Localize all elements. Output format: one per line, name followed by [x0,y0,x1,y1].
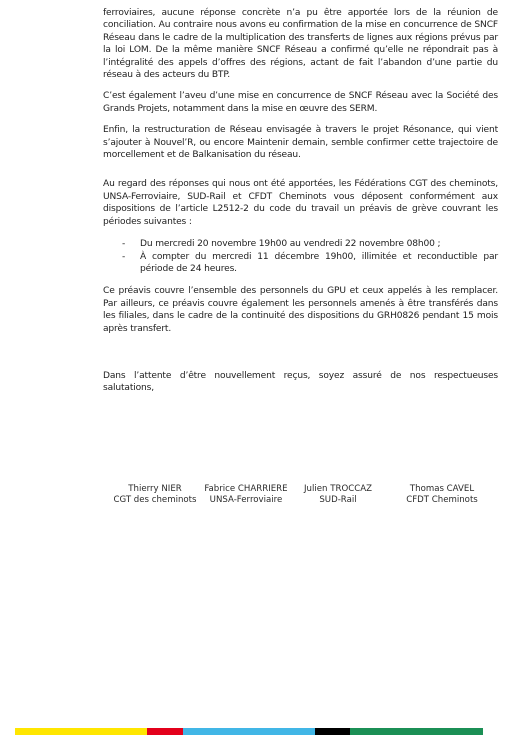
paragraph-societe-grands-projets: C’est également l’aveu d’une mise en con… [103,90,498,115]
signatory-name: Julien TROCCAZ [292,484,384,495]
color-bar-segment-yellow [15,728,147,735]
signatory-name: Thierry NIER [110,484,200,495]
letter-body: ferroviaires, aucune réponse concrète n’… [103,7,498,395]
signatory-organization: UNSA-Ferroviaire [200,495,292,506]
strike-period-text: Du mercredi 20 novembre 19h00 au vendred… [140,239,440,249]
signature-block: Thierry NIER CGT des cheminots Fabrice C… [110,484,500,507]
strike-period-item: - À compter du mercredi 11 décembre 19h0… [103,251,498,276]
paragraph-coverage: Ce préavis couvre l’ensemble des personn… [103,285,498,335]
signatory-name: Fabrice CHARRIERE [200,484,292,495]
paragraph-concurrence-reseau: ferroviaires, aucune réponse concrète n’… [103,7,498,81]
signatory-organization: SUD-Rail [292,495,384,506]
paragraph-preavis-depot: Au regard des réponses qui nous ont été … [103,178,498,228]
paragraph-resonance: Enfin, la restructuration de Réseau envi… [103,124,498,161]
signatory-organization: CFDT Cheminots [384,495,500,506]
color-bar-segment-red [147,728,183,735]
strike-period-text: À compter du mercredi 11 décembre 19h00,… [140,252,498,274]
color-bar-segment-black [315,728,350,735]
color-bar-segment-green [350,728,483,735]
signatory-name: Thomas CAVEL [384,484,500,495]
signature-unsa: Fabrice CHARRIERE UNSA-Ferroviaire [200,484,292,507]
signatory-organization: CGT des cheminots [110,495,200,506]
footer-color-bar [15,728,483,735]
color-bar-segment-blue [183,728,315,735]
signature-cgt: Thierry NIER CGT des cheminots [110,484,200,507]
signature-sud: Julien TROCCAZ SUD-Rail [292,484,384,507]
signature-cfdt: Thomas CAVEL CFDT Cheminots [384,484,500,507]
strike-periods-list: - Du mercredi 20 novembre 19h00 au vendr… [103,238,498,275]
bullet-dash: - [122,238,125,250]
paragraph-closing: Dans l’attente d’être nouvellement reçus… [103,370,498,395]
strike-period-item: - Du mercredi 20 novembre 19h00 au vendr… [103,238,498,250]
bullet-dash: - [122,251,125,263]
